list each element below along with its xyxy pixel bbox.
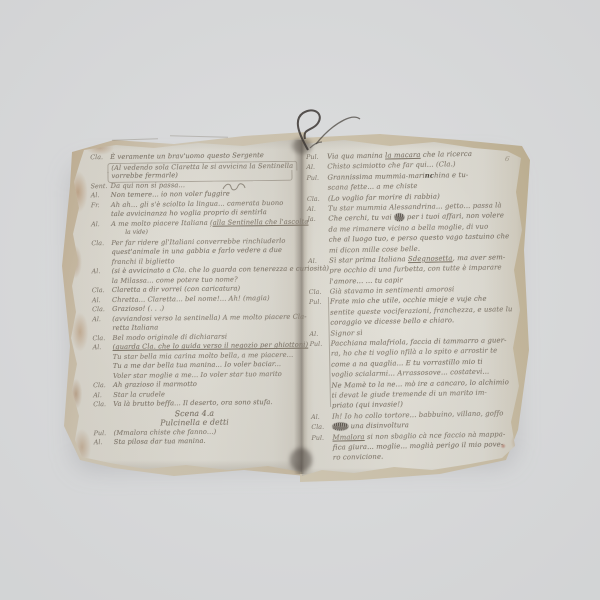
line-text: Scena 4.a bbox=[175, 408, 215, 418]
speaker-label: Al. bbox=[93, 390, 113, 400]
line-text-part: una disinvoltura bbox=[348, 421, 409, 430]
und-mark: Mmalora bbox=[332, 433, 364, 442]
line-text-part: hina e tu- bbox=[434, 171, 468, 180]
speaker-label: Al. bbox=[307, 204, 328, 215]
speaker-label: Cla. bbox=[92, 305, 112, 315]
speaker-label: Sent. bbox=[91, 181, 111, 191]
speaker-label: Cla. bbox=[307, 193, 328, 204]
speaker-label: Pul. bbox=[94, 428, 114, 438]
line-text-part: Che cerchi, tu vai bbox=[328, 214, 394, 223]
und-mark: (guarda Cla. che lo guida verso il negoz… bbox=[113, 341, 309, 351]
speaker-label: Al. bbox=[91, 191, 111, 201]
line-text-part: Via qua manina bbox=[327, 152, 385, 161]
faded-writing-fragment bbox=[112, 138, 158, 141]
speaker-label: Pul. bbox=[306, 152, 327, 163]
speaker-label: Al. bbox=[91, 219, 111, 229]
speaker-label: Al. bbox=[92, 314, 112, 324]
faded-writing-fragment bbox=[170, 135, 228, 138]
speaker-label: Pul. bbox=[310, 339, 331, 350]
speaker-label: Al. bbox=[93, 343, 113, 353]
speaker-label: Cla. bbox=[92, 286, 112, 296]
speaker-label: Al. bbox=[92, 267, 112, 277]
speaker-label: Ja. bbox=[307, 214, 328, 225]
left-page-text: Cla. È veramente un brav'uomo questo Ser… bbox=[90, 151, 296, 448]
speaker-label: Al. bbox=[309, 328, 330, 339]
manuscript-photo: 6 Cla. È veramente un brav'uomo questo S… bbox=[0, 0, 600, 600]
und-mark: Sdegnosetta bbox=[408, 254, 453, 263]
line-text-part: , ma aver sem- bbox=[452, 253, 505, 262]
gutter-seam-bottom bbox=[290, 448, 312, 472]
struck-mark: via bbox=[394, 214, 405, 222]
struck-mark: xxxx bbox=[332, 422, 348, 430]
und-mark: (alla Sentinella che l'ascolta bbox=[210, 217, 309, 226]
speaker-label: Cla. bbox=[311, 422, 332, 433]
speaker-label: Al. bbox=[308, 256, 329, 267]
binding-thread-icon bbox=[284, 98, 374, 154]
speaker-label: Al. bbox=[94, 438, 114, 448]
line-text-part: A me molto piacere Italiana bbox=[111, 218, 210, 227]
speaker-label: Cla. bbox=[91, 238, 111, 248]
speaker-label: Fr. bbox=[91, 200, 111, 210]
bold-mark: nc bbox=[425, 171, 435, 179]
speaker-label: Pul. bbox=[311, 432, 332, 443]
und-mark: la macara bbox=[385, 151, 421, 160]
speaker-label: Cla. bbox=[93, 381, 113, 391]
line-text-part: Grannissima mummia-mari bbox=[327, 172, 424, 182]
speaker-label: Cla. bbox=[93, 400, 113, 410]
right-page-text: Pul. Via qua manina la macara che la ric… bbox=[306, 148, 524, 464]
speaker-label: Pul. bbox=[309, 297, 330, 308]
speaker-label: Al. bbox=[306, 162, 327, 173]
speaker-label: Cla. bbox=[309, 287, 330, 298]
line-text-part: che la ricerca bbox=[420, 150, 472, 159]
speaker-label: Al. bbox=[92, 295, 112, 305]
speaker-label: Cla. bbox=[92, 333, 112, 343]
line-text-part: per i tuoi affari, non volere bbox=[405, 212, 505, 222]
line-text-part: Sì star prima Italiana bbox=[329, 255, 408, 265]
speaker-label: Pul. bbox=[306, 172, 327, 183]
speaker-label: Al. bbox=[311, 411, 332, 422]
speaker-label: Cla. bbox=[90, 153, 110, 163]
